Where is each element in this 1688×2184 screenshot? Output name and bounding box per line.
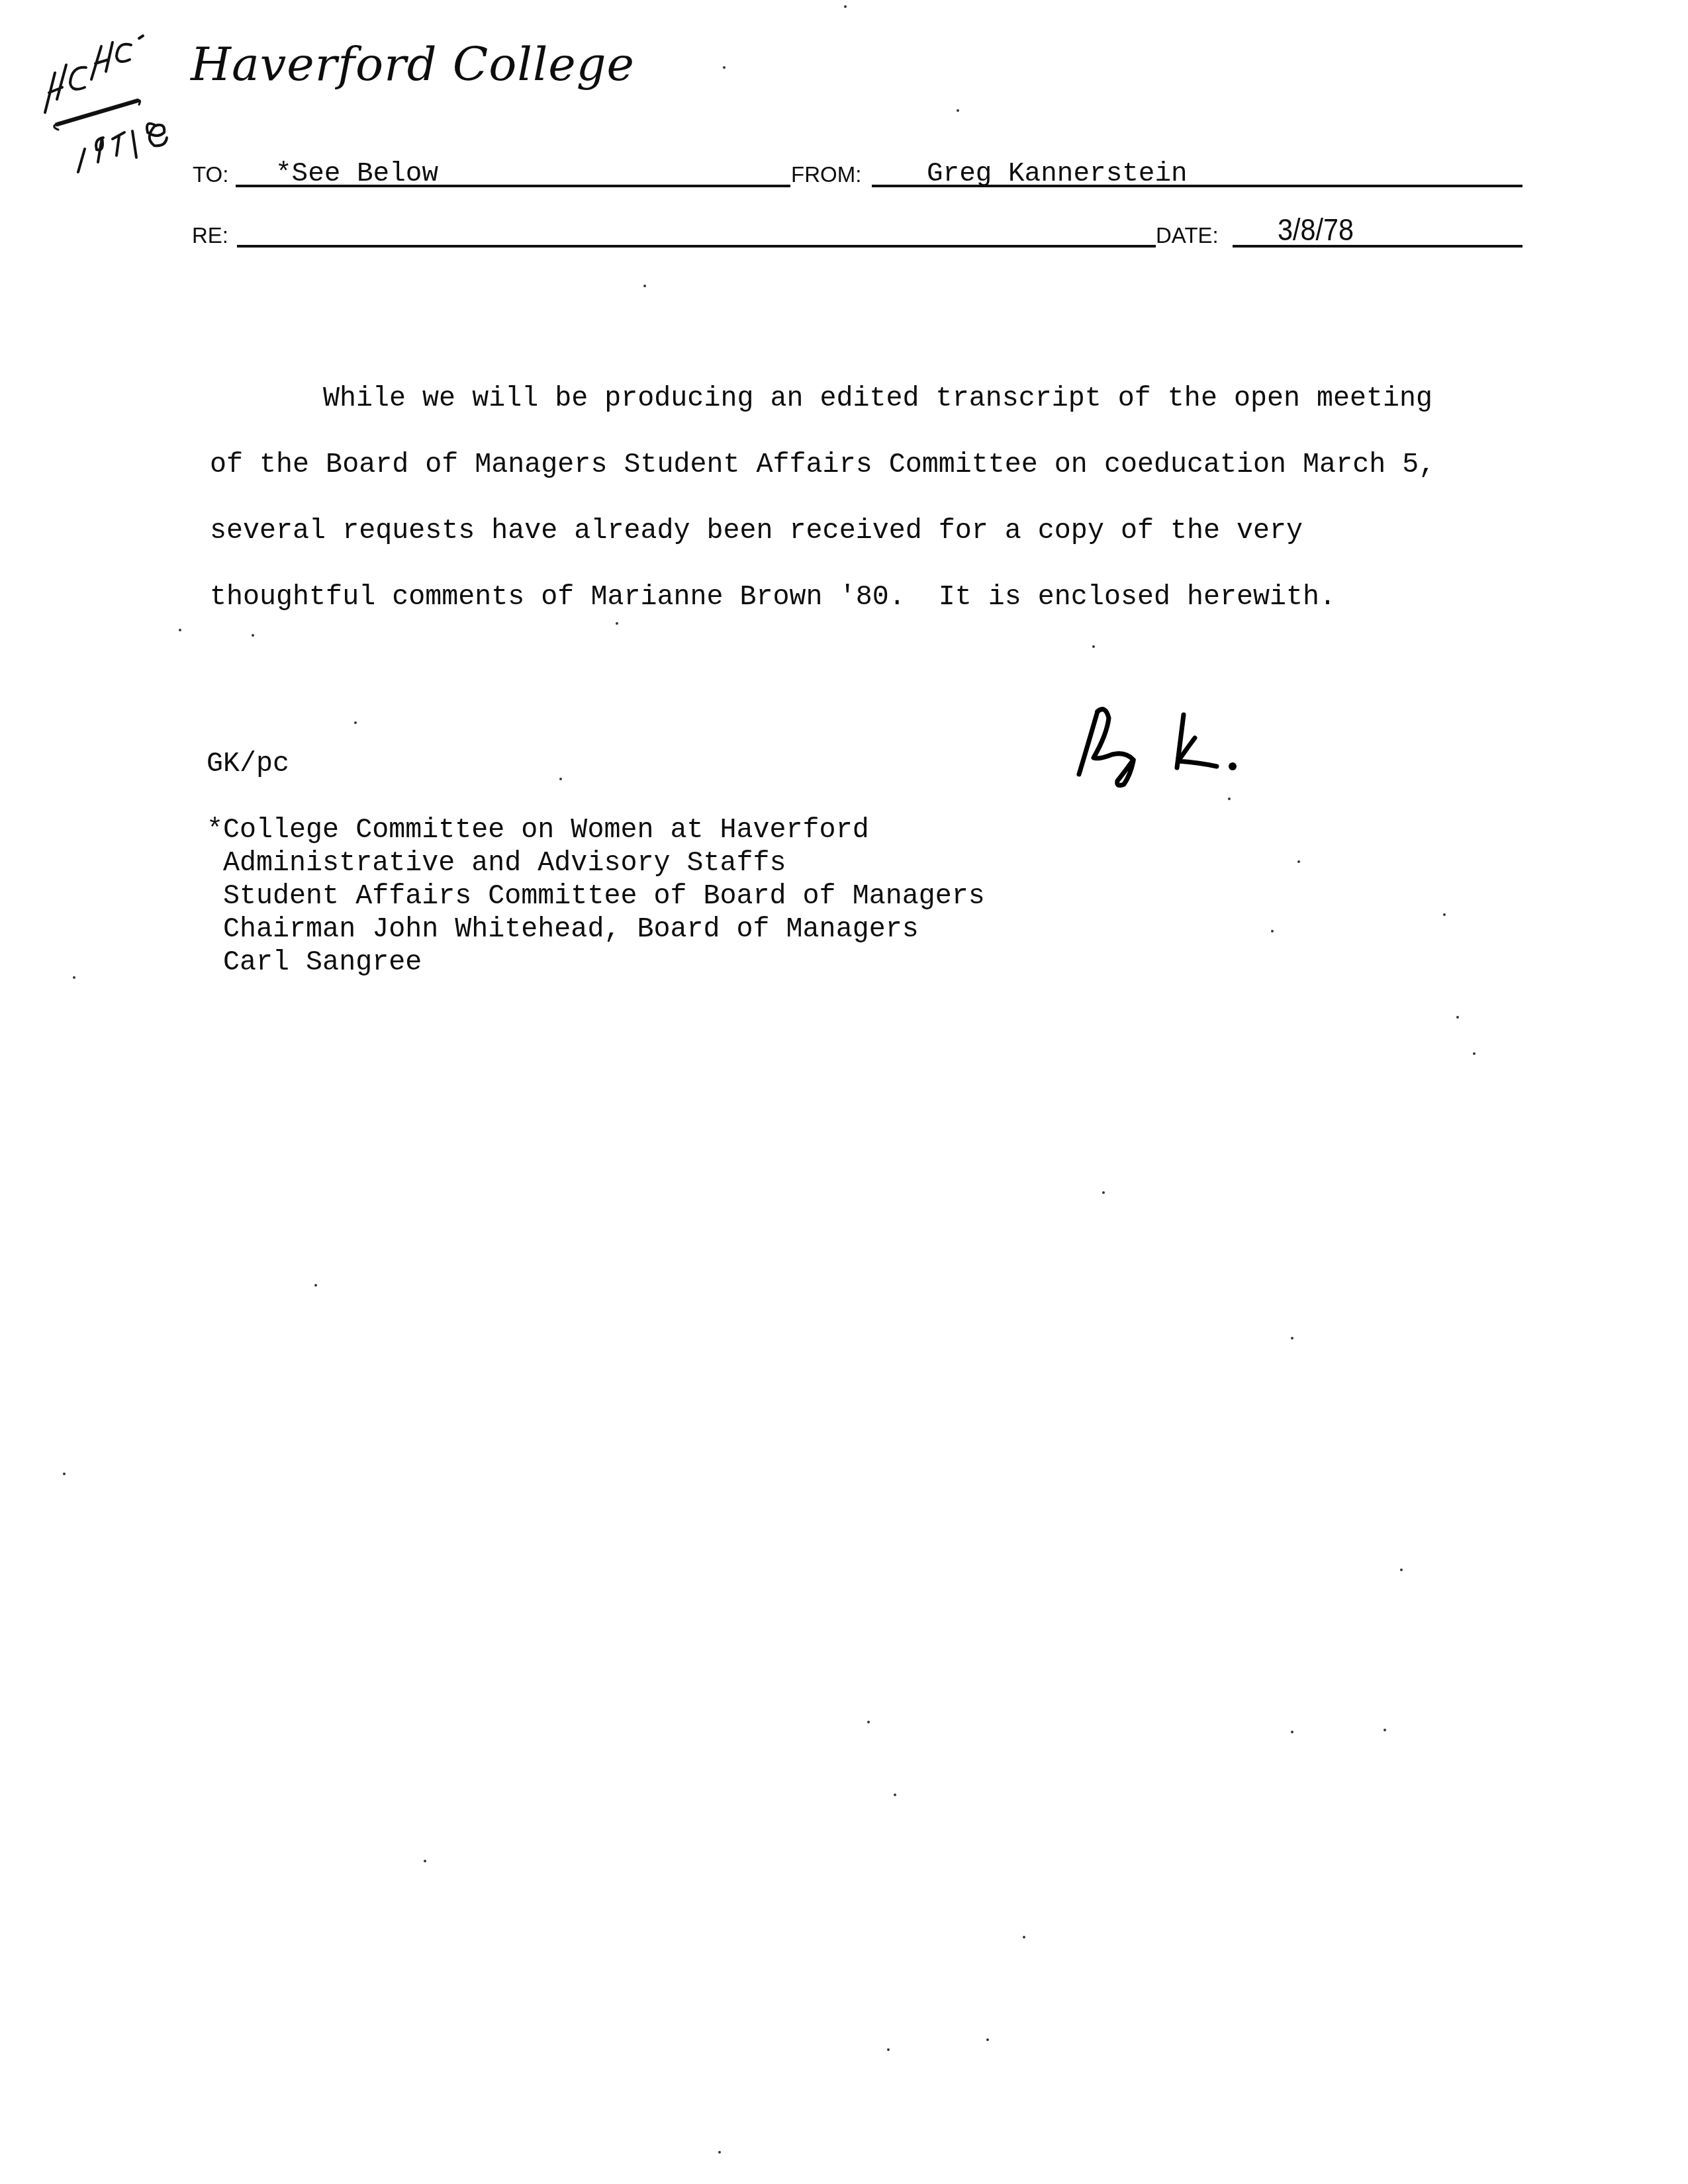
signature-period: [1229, 762, 1237, 770]
recipient-item: Student Affairs Committee of Board of Ma…: [207, 880, 985, 913]
from-label: FROM:: [791, 161, 861, 188]
handwritten-annotation: [25, 26, 184, 185]
recipient-item: Chairman John Whitehead, Board of Manage…: [207, 913, 919, 946]
re-label: RE:: [192, 222, 228, 249]
institution-title: Haverford College: [191, 34, 635, 94]
body-line: While we will be producing an edited tra…: [323, 382, 1432, 415]
date-field-line: [1233, 245, 1523, 248]
date-field-value[interactable]: 3/8/78: [1278, 213, 1354, 246]
to-field-value[interactable]: *See Below: [275, 158, 438, 191]
body-line: thoughtful comments of Marianne Brown '8…: [210, 580, 1336, 614]
recipient-item: *College Committee on Women at Haverford: [207, 813, 869, 846]
recipient-item: Administrative and Advisory Staffs: [207, 846, 786, 880]
re-field-line[interactable]: [237, 245, 1156, 248]
body-line: of the Board of Managers Student Affairs…: [210, 448, 1435, 481]
from-field-value[interactable]: Greg Kannerstein: [927, 158, 1188, 191]
date-label: DATE:: [1156, 222, 1219, 249]
to-label: TO:: [193, 161, 228, 188]
body-line: several requests have already been recei…: [210, 514, 1303, 547]
handwritten-signature: [1059, 688, 1258, 788]
typist-initials: GK/pc: [207, 747, 289, 780]
recipient-item: Carl Sangree: [207, 946, 422, 979]
